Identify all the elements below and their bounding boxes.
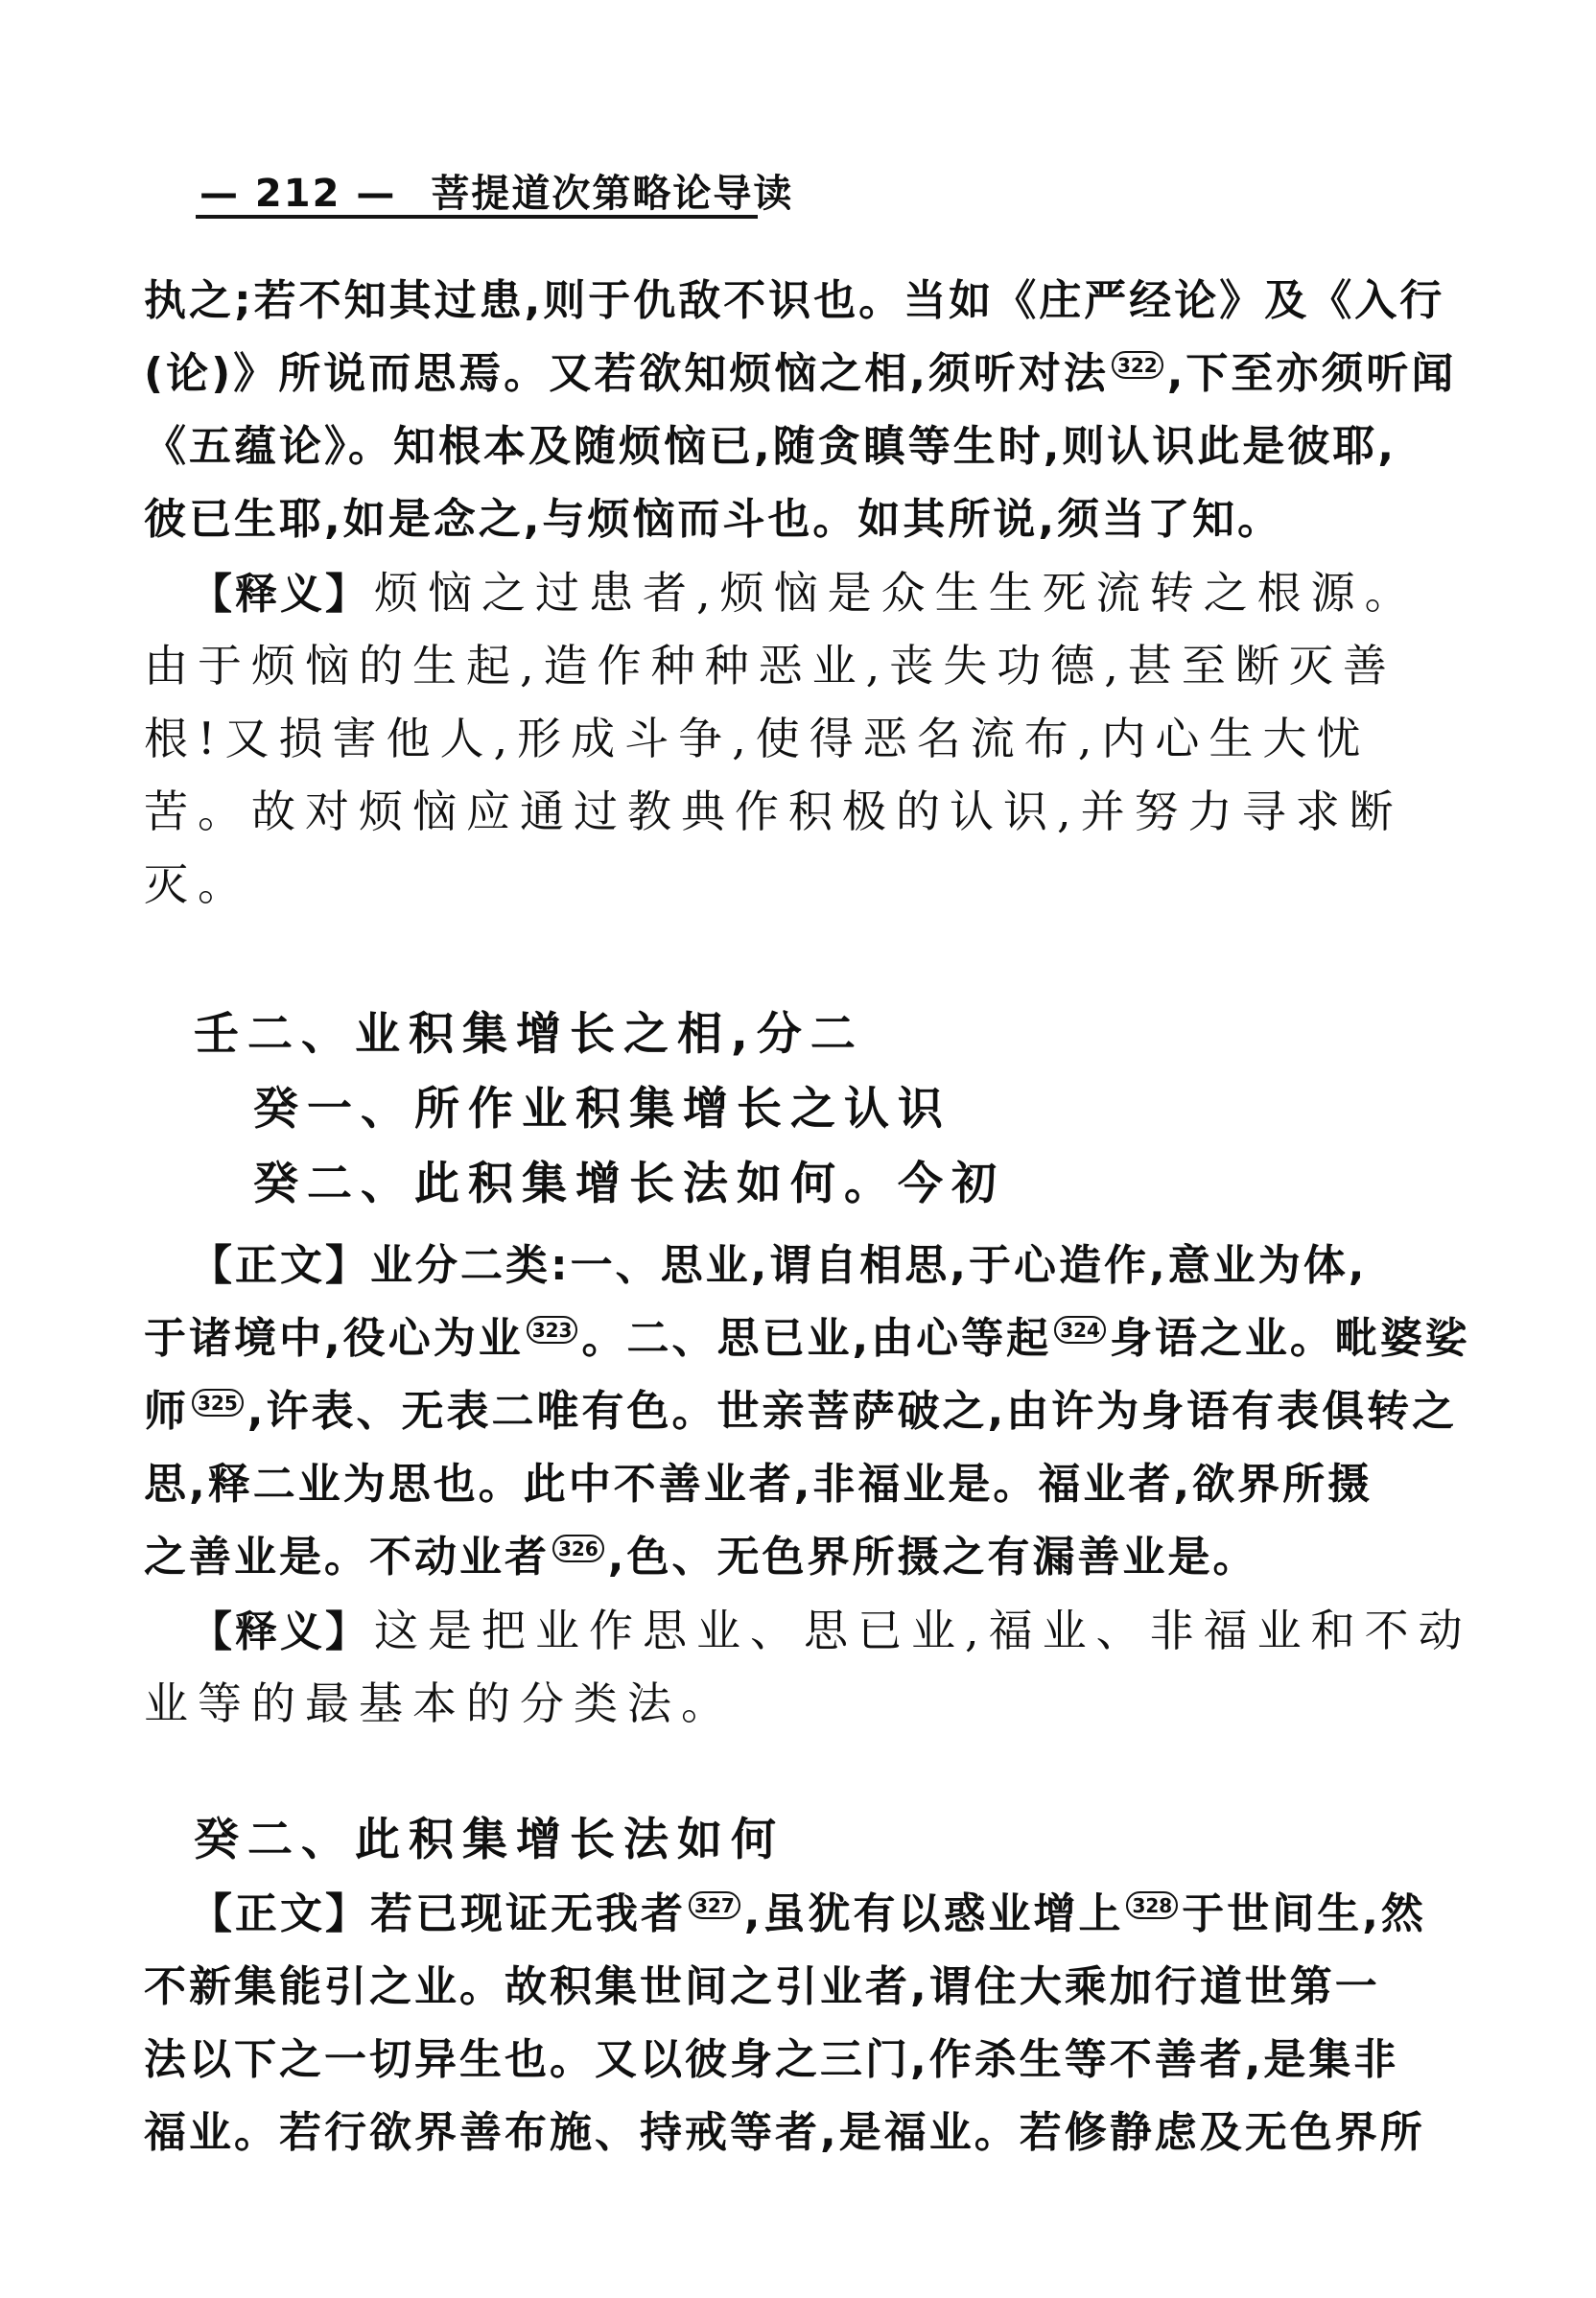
text-run: 法以下之一切异生也。又以彼身之三门,作杀生等不善者,是集非: [144, 2035, 1398, 2084]
endnote-ref: 326: [552, 1535, 604, 1562]
endnote-ref: 324: [1054, 1316, 1106, 1344]
heading-gui2: 癸二、此积集增长法如何: [144, 1803, 1500, 1878]
text-line: 灭。: [144, 848, 1500, 921]
text-line: 癸一、所作业积集增长之认识: [253, 1072, 1500, 1147]
para-shiyi-fannao: 【释义】烦恼之过患者,烦恼是众生生死流转之根源。由于烦恼的生起,造作种种恶业,丧…: [144, 556, 1500, 921]
text-run: 于世间生,然: [1182, 1889, 1426, 1938]
paragraph-label: 【释义】: [190, 570, 370, 619]
text-run: 根!又损害他人,形成斗争,使得恶名流布,内心生大忧: [144, 713, 1370, 764]
text-run: 癸二、此积集增长法如何。今初: [253, 1158, 1005, 1210]
para-shiyi-fenlei: 【释义】这是把业作思业、思已业,福业、非福业和不动业等的最基本的分类法。: [144, 1594, 1500, 1740]
text-run: 不新集能引之业。故积集世间之引业者,谓住大乘加行道世第一: [144, 1962, 1380, 2011]
heading-gui2-jinchu: 癸二、此积集增长法如何。今初: [144, 1147, 1500, 1222]
text-run: 灭。: [144, 858, 251, 910]
para-zhengwen-continuation: 执之;若不知其过患,则于仇敌不识也。当如《庄严经论》及《入行(论)》所说而思焉。…: [144, 265, 1500, 556]
text-run: 执之;若不知其过患,则于仇敌不识也。当如《庄严经论》及《入行: [144, 276, 1444, 325]
text-run: 之善业是。不动业者: [144, 1533, 550, 1582]
text-line: 根!又损害他人,形成斗争,使得恶名流布,内心生大忧: [144, 702, 1500, 775]
text-run: 《五蕴论》。知根本及随烦恼已,随贪瞋等生时,则认识此是彼耶,: [144, 422, 1396, 471]
page-number: — 212 —: [199, 172, 396, 216]
endnote-ref: 322: [1112, 351, 1163, 379]
text-line: 执之;若不知其过患,则于仇敌不识也。当如《庄严经论》及《入行: [144, 265, 1500, 338]
text-line: 彼已生耶,如是念之,与烦恼而斗也。如其所说,须当了知。: [144, 483, 1500, 556]
book-title: 菩提道次第略论导读: [431, 163, 793, 218]
text-run: 烦恼之过患者,烦恼是众生生死流转之根源。: [374, 567, 1419, 619]
text-line: 于诸境中,役心为业323。二、思已业,由心等起324身语之业。毗婆娑: [144, 1302, 1500, 1375]
text-run: 。二、思已业,由心等起: [581, 1314, 1051, 1363]
page-body: 执之;若不知其过患,则于仇敌不识也。当如《庄严经论》及《入行(论)》所说而思焉。…: [144, 265, 1500, 2169]
text-line: 福业。若行欲界善布施、持戒等者,是福业。若修静虑及无色界所: [144, 2097, 1500, 2169]
endnote-ref: 323: [527, 1316, 578, 1344]
text-run: 癸一、所作业积集增长之认识: [253, 1083, 951, 1136]
header-rule: [196, 215, 758, 219]
text-line: 思,释二业为思也。此中不善业者,非福业是。福业者,欲界所摄: [144, 1448, 1500, 1521]
text-line: 苦。故对烦恼应通过教典作积极的认识,并努力寻求断: [144, 775, 1500, 848]
text-line: 由于烦恼的生起,造作种种恶业,丧失功德,甚至断灭善: [144, 629, 1500, 702]
text-run: ,许表、无表二唯有色。世亲菩萨破之,由许为身语有表俱转之: [247, 1387, 1457, 1436]
text-line: 【释义】这是把业作思业、思已业,福业、非福业和不动: [144, 1594, 1500, 1667]
text-line: 不新集能引之业。故积集世间之引业者,谓住大乘加行道世第一: [144, 1951, 1500, 2024]
text-line: 癸二、此积集增长法如何。今初: [253, 1147, 1500, 1222]
text-run: (论)》所说而思焉。又若欲知烦恼之相,须听对法: [144, 349, 1109, 398]
text-line: 癸二、此积集增长法如何: [194, 1803, 1500, 1878]
text-line: 【正文】业分二类:一、思业,谓自相思,于心造作,意业为体,: [144, 1230, 1500, 1302]
text-line: (论)》所说而思焉。又若欲知烦恼之相,须听对法322,下至亦须听闻: [144, 338, 1500, 410]
text-run: ,下至亦须听闻: [1167, 349, 1457, 398]
text-run: 业等的最基本的分类法。: [144, 1677, 735, 1729]
text-run: 【正文】业分二类:一、思业,谓自相思,于心造作,意业为体,: [190, 1241, 1367, 1290]
text-run: 身语之业。毗婆娑: [1110, 1314, 1470, 1363]
running-header: — 212 — 菩提道次第略论导读: [199, 163, 793, 218]
para-zhengwen-yefen: 【正文】业分二类:一、思业,谓自相思,于心造作,意业为体,于诸境中,役心为业32…: [144, 1230, 1500, 1594]
text-run: 苦。故对烦恼应通过教典作积极的认识,并努力寻求断: [144, 786, 1403, 837]
book-page: — 212 — 菩提道次第略论导读 执之;若不知其过患,则于仇敌不识也。当如《庄…: [0, 0, 1596, 2298]
text-run: ,虽犹有以惑业增上: [744, 1889, 1124, 1938]
text-line: 师325,许表、无表二唯有色。世亲菩萨破之,由许为身语有表俱转之: [144, 1375, 1500, 1448]
text-run: 于诸境中,役心为业: [144, 1314, 524, 1363]
endnote-ref: 325: [192, 1389, 244, 1417]
text-line: 【释义】烦恼之过患者,烦恼是众生生死流转之根源。: [144, 556, 1500, 629]
text-run: 思,释二业为思也。此中不善业者,非福业是。福业者,欲界所摄: [144, 1460, 1373, 1509]
text-run: ,色、无色界所摄之有漏善业是。: [608, 1533, 1258, 1582]
text-run: 由于烦恼的生起,造作种种恶业,丧失功德,甚至断灭善: [144, 640, 1396, 692]
text-line: 业等的最基本的分类法。: [144, 1667, 1500, 1740]
para-zhengwen-wuwo: 【正文】若已现证无我者327,虽犹有以惑业增上328于世间生,然不新集能引之业。…: [144, 1878, 1500, 2169]
text-run: 【正文】若已现证无我者: [190, 1889, 686, 1938]
text-run: 壬二、业积集增长之相,分二: [194, 1008, 864, 1061]
text-line: 壬二、业积集增长之相,分二: [194, 997, 1500, 1072]
text-run: 福业。若行欲界善布施、持戒等者,是福业。若修静虑及无色界所: [144, 2108, 1425, 2157]
text-line: 之善业是。不动业者326,色、无色界所摄之有漏善业是。: [144, 1521, 1500, 1594]
text-run: 癸二、此积集增长法如何: [194, 1814, 785, 1866]
text-run: 彼已生耶,如是念之,与烦恼而斗也。如其所说,须当了知。: [144, 495, 1282, 544]
heading-gui1: 癸一、所作业积集增长之认识: [144, 1072, 1500, 1147]
paragraph-label: 【释义】: [190, 1607, 370, 1656]
heading-ren2: 壬二、业积集增长之相,分二: [144, 997, 1500, 1072]
text-line: 【正文】若已现证无我者327,虽犹有以惑业增上328于世间生,然: [144, 1878, 1500, 1951]
text-line: 《五蕴论》。知根本及随烦恼已,随贪瞋等生时,则认识此是彼耶,: [144, 410, 1500, 483]
text-line: 法以下之一切异生也。又以彼身之三门,作杀生等不善者,是集非: [144, 2024, 1500, 2097]
text-run: 这是把业作思业、思已业,福业、非福业和不动: [374, 1605, 1472, 1656]
text-run: 师: [144, 1387, 189, 1436]
endnote-ref: 327: [689, 1891, 740, 1919]
endnote-ref: 328: [1126, 1891, 1178, 1919]
